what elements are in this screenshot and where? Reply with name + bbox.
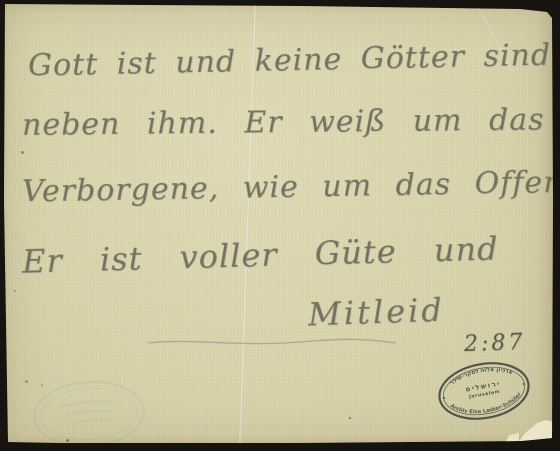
handwriting-line-2: neben ihm. Er weiß um das	[22, 103, 545, 141]
foxing-speck	[14, 290, 16, 292]
scanned-document: Gott ist und keine Götter sind neben ihm…	[0, 0, 560, 451]
archive-stamp: ארכיון אלזה לסקר-שילר ירושלים Jerusalem …	[432, 353, 537, 429]
handwriting-line-5: Mitleid	[307, 293, 445, 333]
handwriting-line-3: Verborgene, wie um das Offenbare	[22, 165, 560, 209]
torn-corner-patch-small	[505, 433, 519, 443]
foxing-speck	[21, 151, 24, 154]
paper-sheet: Gott ist und keine Götter sind neben ihm…	[0, 0, 560, 451]
handwriting-line-4: Er ist voller Güte und	[22, 231, 499, 279]
torn-corner-patch	[518, 420, 554, 443]
handwriting-line-1: Gott ist und keine Götter sind	[28, 39, 552, 83]
faint-oval-stamp	[26, 374, 153, 451]
foxing-speck	[349, 417, 351, 419]
catalog-number: 2:87	[464, 331, 526, 357]
